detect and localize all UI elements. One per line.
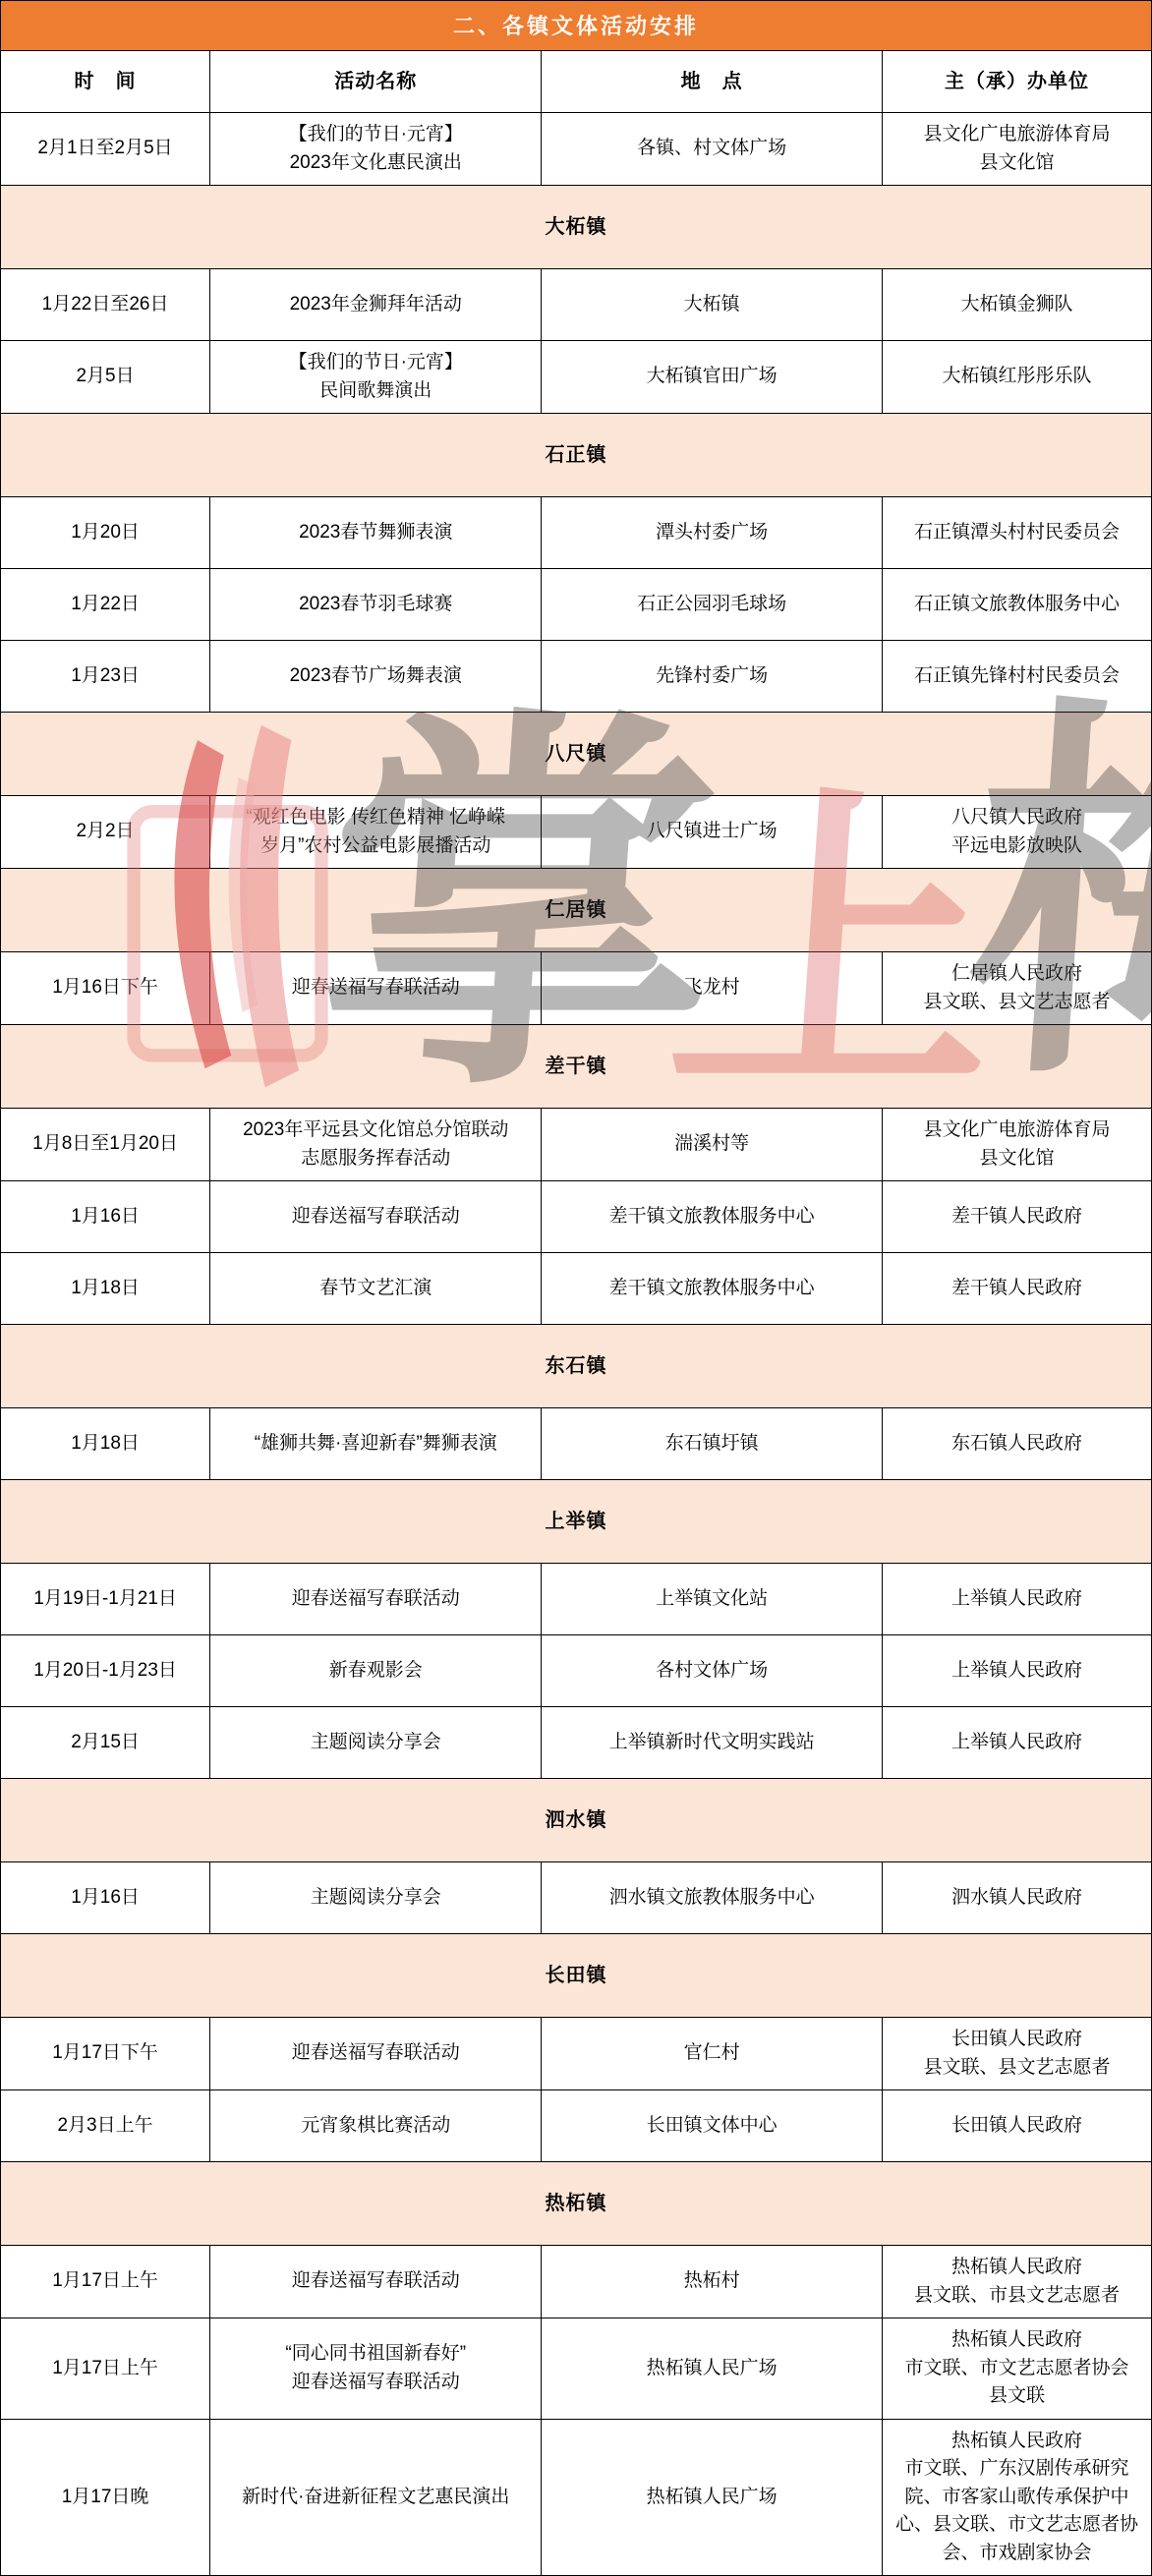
cell-organizer: 大柘镇金狮队 bbox=[882, 269, 1151, 341]
cell-place: 潭头村委广场 bbox=[542, 497, 883, 569]
section-row: 东石镇 bbox=[1, 1325, 1152, 1408]
cell-organizer: 热柘镇人民政府县文联、市县文艺志愿者 bbox=[882, 2246, 1151, 2318]
table-row: 1月18日“雄狮共舞·喜迎新春”舞狮表演东石镇圩镇东石镇人民政府 bbox=[1, 1408, 1152, 1480]
cell-place: 八尺镇进士广场 bbox=[542, 796, 883, 869]
section-row: 差干镇 bbox=[1, 1025, 1152, 1109]
section-town-label: 长田镇 bbox=[1, 1934, 1152, 2018]
cell-activity: 2023年金狮拜年活动 bbox=[210, 269, 542, 341]
table-row: 2月5日【我们的节日·元宵】民间歌舞演出大柘镇官田广场大柘镇红彤彤乐队 bbox=[1, 341, 1152, 414]
cell-time: 1月20日 bbox=[1, 497, 210, 569]
cell-place: 热柘镇人民广场 bbox=[542, 2318, 883, 2420]
activities-schedule-page: 二、各镇文体活动安排 时 间 活动名称 地 点 主（承）办单位 2月1日至2月5… bbox=[0, 0, 1152, 2576]
cell-time: 1月17日上午 bbox=[1, 2318, 210, 2420]
table-row: 2月2日“观红色电影 传红色精神 忆峥嵘岁月”农村公益电影展播活动八尺镇进士广场… bbox=[1, 796, 1152, 869]
cell-place: 石正公园羽毛球场 bbox=[542, 569, 883, 641]
cell-organizer: 热柘镇人民政府市文联、广东汉剧传承研究院、市客家山歌传承保护中心、县文联、市文艺… bbox=[882, 2419, 1151, 2576]
cell-place: 东石镇圩镇 bbox=[542, 1408, 883, 1480]
cell-activity: 春节文艺汇演 bbox=[210, 1253, 542, 1325]
table-row: 1月16日迎春送福写春联活动差干镇文旅教体服务中心差干镇人民政府 bbox=[1, 1181, 1152, 1253]
cell-organizer: 差干镇人民政府 bbox=[882, 1253, 1151, 1325]
cell-time: 1月17日晚 bbox=[1, 2419, 210, 2576]
cell-activity: 主题阅读分享会 bbox=[210, 1862, 542, 1934]
cell-organizer: 长田镇人民政府 bbox=[882, 2090, 1151, 2162]
cell-organizer: 上举镇人民政府 bbox=[882, 1635, 1151, 1707]
cell-activity: 新春观影会 bbox=[210, 1635, 542, 1707]
cell-organizer: 大柘镇红彤彤乐队 bbox=[882, 341, 1151, 414]
section-row: 仁居镇 bbox=[1, 869, 1152, 952]
cell-time: 1月16日 bbox=[1, 1181, 210, 1253]
cell-place: 先锋村委广场 bbox=[542, 641, 883, 713]
section-town-label: 大柘镇 bbox=[1, 186, 1152, 269]
table-row: 1月20日-1月23日新春观影会各村文体广场上举镇人民政府 bbox=[1, 1635, 1152, 1707]
cell-organizer: 县文化广电旅游体育局县文化馆 bbox=[882, 1109, 1151, 1181]
cell-place: 飞龙村 bbox=[542, 952, 883, 1025]
cell-activity: 迎春送福写春联活动 bbox=[210, 2018, 542, 2090]
table-row: 1月17日上午“同心同书祖国新春好”迎春送福写春联活动热柘镇人民广场热柘镇人民政… bbox=[1, 2318, 1152, 2420]
table-row: 1月8日至1月20日2023年平远县文化馆总分馆联动志愿服务挥春活动湍溪村等县文… bbox=[1, 1109, 1152, 1181]
cell-place: 上举镇新时代文明实践站 bbox=[542, 1707, 883, 1779]
col-header-activity: 活动名称 bbox=[210, 51, 542, 113]
page-title: 二、各镇文体活动安排 bbox=[0, 0, 1152, 50]
cell-time: 2月5日 bbox=[1, 341, 210, 414]
table-row: 1月19日-1月21日迎春送福写春联活动上举镇文化站上举镇人民政府 bbox=[1, 1564, 1152, 1635]
section-row: 石正镇 bbox=[1, 414, 1152, 497]
cell-time: 1月8日至1月20日 bbox=[1, 1109, 210, 1181]
cell-time: 1月17日上午 bbox=[1, 2246, 210, 2318]
cell-place: 官仁村 bbox=[542, 2018, 883, 2090]
cell-activity: 主题阅读分享会 bbox=[210, 1707, 542, 1779]
table-row: 1月22日2023春节羽毛球赛石正公园羽毛球场石正镇文旅教体服务中心 bbox=[1, 569, 1152, 641]
section-town-label: 差干镇 bbox=[1, 1025, 1152, 1109]
section-town-label: 泗水镇 bbox=[1, 1779, 1152, 1862]
cell-place: 泗水镇文旅教体服务中心 bbox=[542, 1862, 883, 1934]
cell-activity: 【我们的节日·元宵】民间歌舞演出 bbox=[210, 341, 542, 414]
section-row: 八尺镇 bbox=[1, 713, 1152, 796]
cell-time: 1月16日下午 bbox=[1, 952, 210, 1025]
section-town-label: 东石镇 bbox=[1, 1325, 1152, 1408]
cell-activity: 2023春节舞狮表演 bbox=[210, 497, 542, 569]
cell-time: 1月23日 bbox=[1, 641, 210, 713]
cell-organizer: 东石镇人民政府 bbox=[882, 1408, 1151, 1480]
cell-place: 各镇、村文体广场 bbox=[542, 113, 883, 186]
cell-organizer: 石正镇潭头村村民委员会 bbox=[882, 497, 1151, 569]
table-row: 1月23日2023春节广场舞表演先锋村委广场石正镇先锋村村民委员会 bbox=[1, 641, 1152, 713]
cell-organizer: 上举镇人民政府 bbox=[882, 1564, 1151, 1635]
cell-place: 大柘镇官田广场 bbox=[542, 341, 883, 414]
cell-time: 2月15日 bbox=[1, 1707, 210, 1779]
cell-time: 1月22日至26日 bbox=[1, 269, 210, 341]
cell-activity: “同心同书祖国新春好”迎春送福写春联活动 bbox=[210, 2318, 542, 2420]
cell-time: 1月16日 bbox=[1, 1862, 210, 1934]
cell-organizer: 泗水镇人民政府 bbox=[882, 1862, 1151, 1934]
table-row: 2月15日主题阅读分享会上举镇新时代文明实践站上举镇人民政府 bbox=[1, 1707, 1152, 1779]
cell-activity: 【我们的节日·元宵】2023年文化惠民演出 bbox=[210, 113, 542, 186]
table-row: 1月22日至26日2023年金狮拜年活动大柘镇大柘镇金狮队 bbox=[1, 269, 1152, 341]
cell-time: 2月2日 bbox=[1, 796, 210, 869]
cell-organizer: 仁居镇人民政府县文联、县文艺志愿者 bbox=[882, 952, 1151, 1025]
cell-activity: “雄狮共舞·喜迎新春”舞狮表演 bbox=[210, 1408, 542, 1480]
cell-place: 差干镇文旅教体服务中心 bbox=[542, 1253, 883, 1325]
cell-time: 1月19日-1月21日 bbox=[1, 1564, 210, 1635]
table-row: 1月20日2023春节舞狮表演潭头村委广场石正镇潭头村村民委员会 bbox=[1, 497, 1152, 569]
cell-activity: 2023春节羽毛球赛 bbox=[210, 569, 542, 641]
cell-organizer: 差干镇人民政府 bbox=[882, 1181, 1151, 1253]
cell-time: 1月22日 bbox=[1, 569, 210, 641]
cell-activity: 元宵象棋比赛活动 bbox=[210, 2090, 542, 2162]
section-town-label: 八尺镇 bbox=[1, 713, 1152, 796]
cell-activity: 新时代·奋进新征程文艺惠民演出 bbox=[210, 2419, 542, 2576]
section-town-label: 热柘镇 bbox=[1, 2162, 1152, 2246]
cell-place: 各村文体广场 bbox=[542, 1635, 883, 1707]
col-header-place: 地 点 bbox=[542, 51, 883, 113]
cell-place: 热柘村 bbox=[542, 2246, 883, 2318]
section-town-label: 石正镇 bbox=[1, 414, 1152, 497]
table-row: 1月16日主题阅读分享会泗水镇文旅教体服务中心泗水镇人民政府 bbox=[1, 1862, 1152, 1934]
section-row: 上举镇 bbox=[1, 1480, 1152, 1564]
cell-activity: 迎春送福写春联活动 bbox=[210, 1564, 542, 1635]
table-row: 1月17日上午迎春送福写春联活动热柘村热柘镇人民政府县文联、市县文艺志愿者 bbox=[1, 2246, 1152, 2318]
section-town-label: 仁居镇 bbox=[1, 869, 1152, 952]
cell-activity: 迎春送福写春联活动 bbox=[210, 2246, 542, 2318]
section-town-label: 上举镇 bbox=[1, 1480, 1152, 1564]
table-row: 1月17日下午迎春送福写春联活动官仁村长田镇人民政府县文联、县文艺志愿者 bbox=[1, 2018, 1152, 2090]
cell-organizer: 长田镇人民政府县文联、县文艺志愿者 bbox=[882, 2018, 1151, 2090]
cell-place: 热柘镇人民广场 bbox=[542, 2419, 883, 2576]
cell-time: 1月18日 bbox=[1, 1253, 210, 1325]
table-row: 1月16日下午迎春送福写春联活动飞龙村仁居镇人民政府县文联、县文艺志愿者 bbox=[1, 952, 1152, 1025]
cell-place: 差干镇文旅教体服务中心 bbox=[542, 1181, 883, 1253]
cell-place: 湍溪村等 bbox=[542, 1109, 883, 1181]
cell-activity: 2023年平远县文化馆总分馆联动志愿服务挥春活动 bbox=[210, 1109, 542, 1181]
table-row: 2月3日上午元宵象棋比赛活动长田镇文体中心长田镇人民政府 bbox=[1, 2090, 1152, 2162]
cell-organizer: 石正镇先锋村村民委员会 bbox=[882, 641, 1151, 713]
section-row: 热柘镇 bbox=[1, 2162, 1152, 2246]
table-row: 1月18日春节文艺汇演差干镇文旅教体服务中心差干镇人民政府 bbox=[1, 1253, 1152, 1325]
cell-time: 1月17日下午 bbox=[1, 2018, 210, 2090]
cell-place: 长田镇文体中心 bbox=[542, 2090, 883, 2162]
cell-activity: 迎春送福写春联活动 bbox=[210, 952, 542, 1025]
section-row: 长田镇 bbox=[1, 1934, 1152, 2018]
section-row: 大柘镇 bbox=[1, 186, 1152, 269]
cell-organizer: 县文化广电旅游体育局县文化馆 bbox=[882, 113, 1151, 186]
table-row: 2月1日至2月5日【我们的节日·元宵】2023年文化惠民演出各镇、村文体广场县文… bbox=[1, 113, 1152, 186]
cell-time: 1月20日-1月23日 bbox=[1, 1635, 210, 1707]
cell-organizer: 石正镇文旅教体服务中心 bbox=[882, 569, 1151, 641]
cell-organizer: 上举镇人民政府 bbox=[882, 1707, 1151, 1779]
table-header-row: 时 间 活动名称 地 点 主（承）办单位 bbox=[1, 51, 1152, 113]
cell-time: 2月1日至2月5日 bbox=[1, 113, 210, 186]
cell-place: 大柘镇 bbox=[542, 269, 883, 341]
cell-activity: “观红色电影 传红色精神 忆峥嵘岁月”农村公益电影展播活动 bbox=[210, 796, 542, 869]
cell-organizer: 热柘镇人民政府市文联、市文艺志愿者协会县文联 bbox=[882, 2318, 1151, 2420]
col-header-time: 时 间 bbox=[1, 51, 210, 113]
table-row: 1月17日晚新时代·奋进新征程文艺惠民演出热柘镇人民广场热柘镇人民政府市文联、广… bbox=[1, 2419, 1152, 2576]
cell-time: 2月3日上午 bbox=[1, 2090, 210, 2162]
cell-place: 上举镇文化站 bbox=[542, 1564, 883, 1635]
cell-time: 1月18日 bbox=[1, 1408, 210, 1480]
cell-activity: 迎春送福写春联活动 bbox=[210, 1181, 542, 1253]
section-row: 泗水镇 bbox=[1, 1779, 1152, 1862]
col-header-organizer: 主（承）办单位 bbox=[882, 51, 1151, 113]
cell-organizer: 八尺镇人民政府平远电影放映队 bbox=[882, 796, 1151, 869]
activities-table: 时 间 活动名称 地 点 主（承）办单位 2月1日至2月5日【我们的节日·元宵】… bbox=[0, 50, 1152, 2576]
cell-activity: 2023春节广场舞表演 bbox=[210, 641, 542, 713]
